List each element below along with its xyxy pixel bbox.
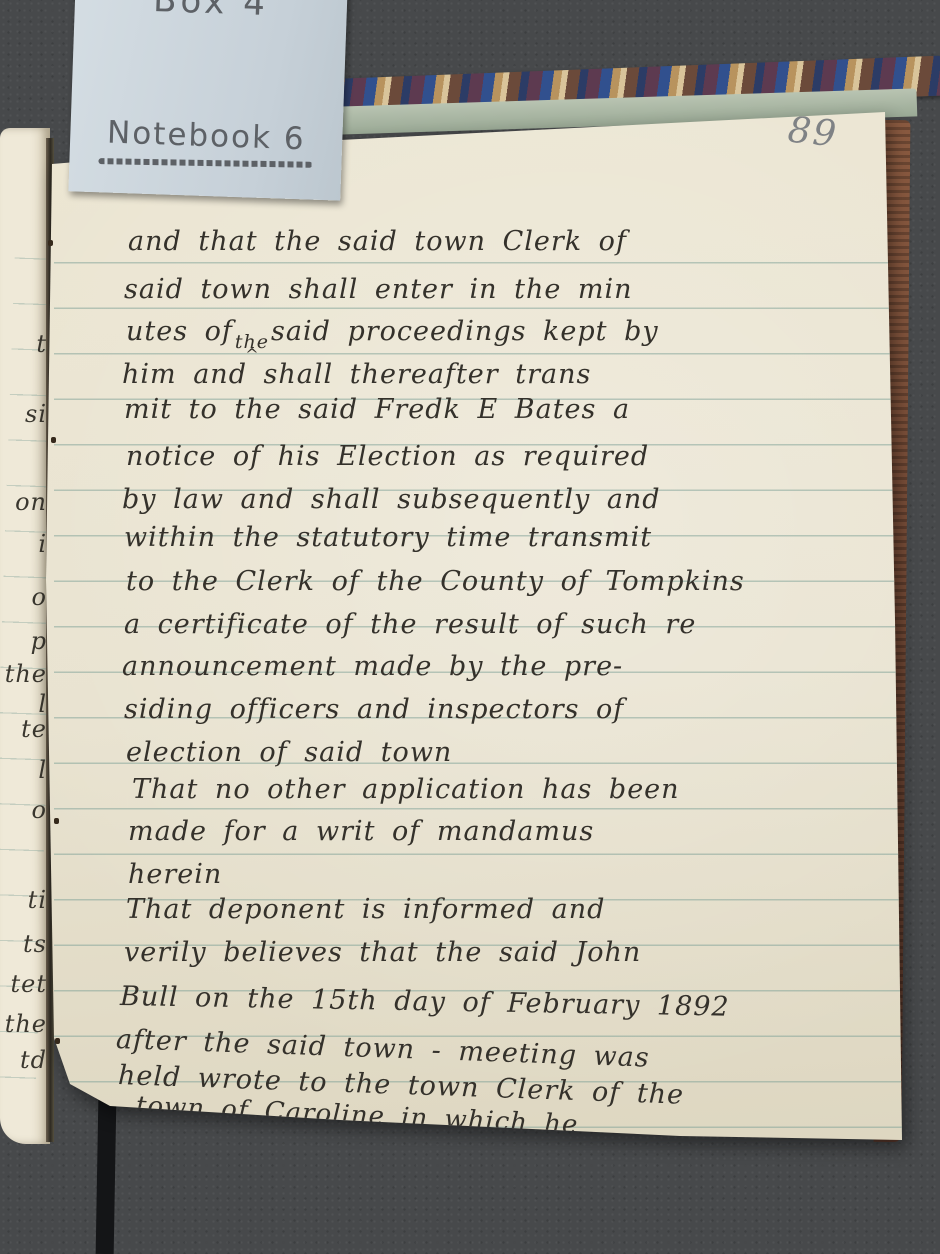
manuscript-text: and that the said town Clerk of said tow… (40, 100, 918, 1172)
stitch-hole (54, 818, 59, 824)
notebook-page-surface: 89 and that the said town Clerk of said … (40, 100, 918, 1172)
stitch-hole (51, 437, 56, 443)
stitch-hole (55, 1038, 60, 1044)
manuscript-line-segment: utes of (126, 316, 233, 347)
manuscript-line: That no other application has been (132, 770, 680, 810)
manuscript-line: Bull on the 15th day of February 1892 (120, 977, 730, 1028)
manuscript-line: mit to the said Fredk E Bates a (124, 390, 630, 430)
manuscript-line-segment: said proceedings kept by (271, 316, 659, 347)
manuscript-line: within the statutory time transmit (124, 518, 652, 558)
label-underline (98, 158, 312, 168)
manuscript-line: That deponent is informed and (126, 890, 605, 930)
manuscript-line: utes ofthe^said proceedings kept by (126, 312, 659, 359)
manuscript-line: him and shall thereafter trans (122, 355, 591, 395)
manuscript-line: verily believes that the said John (124, 933, 641, 973)
manuscript-line: notice of his Election as required (126, 437, 649, 477)
photo-background: t si on i o p the l te l o ti ts tet the… (0, 0, 940, 1254)
notebook-page: 89 and that the said town Clerk of said … (40, 100, 918, 1172)
manuscript-line: siding officers and inspectors of (124, 690, 624, 730)
manuscript-line: to the Clerk of the County of Tompkins (126, 562, 745, 602)
manuscript-line: by law and shall subsequently and (122, 480, 661, 520)
label-box-number: Box 4 (74, 0, 347, 27)
manuscript-line: and that the said town Clerk of (128, 222, 627, 262)
label-notebook-number: Notebook 6 (70, 113, 343, 158)
archival-label: Box 4 Notebook 6 (68, 0, 347, 201)
manuscript-line: said town shall enter in the min (124, 270, 633, 310)
stitch-hole (48, 240, 53, 246)
manuscript-line: a certificate of the result of such re (124, 605, 696, 645)
manuscript-line: election of said town (126, 733, 452, 773)
manuscript-line: herein (128, 855, 222, 895)
manuscript-line: announcement made by the pre- (122, 647, 623, 687)
manuscript-line: made for a writ of mandamus (128, 812, 594, 852)
